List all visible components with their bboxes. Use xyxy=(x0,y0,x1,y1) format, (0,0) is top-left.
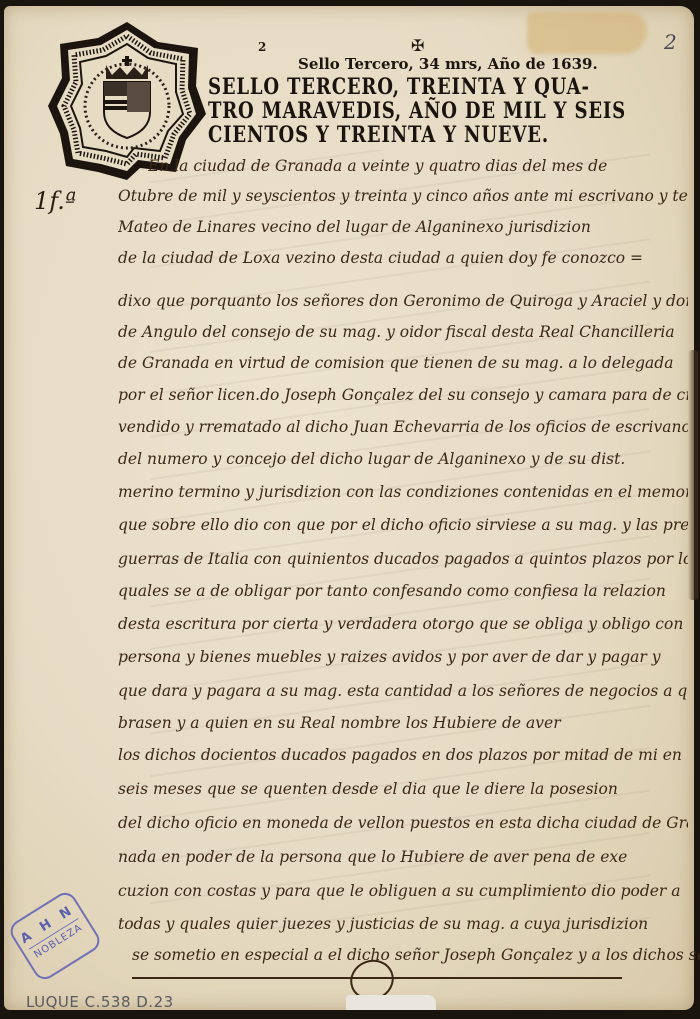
body-line: del dicho oficio en moneda de vellon pue… xyxy=(118,814,688,832)
body-line: brasen y a quien en su Real nombre los H… xyxy=(118,714,688,732)
body-line: seis meses que se quenten desde el dia q… xyxy=(118,780,688,798)
paper-tear xyxy=(346,995,436,1010)
folio-number: 2 xyxy=(664,30,677,54)
body-line: los dichos docientos ducados pagados en … xyxy=(118,746,688,764)
stamp-title: Sello Tercero, 34 mrs, Año de 1639. xyxy=(298,55,598,73)
body-line: desta escritura por cierta y verdadera o… xyxy=(118,615,688,633)
body-line: se sometio en especial a el dicho señor … xyxy=(132,946,700,964)
body-line: del numero y concejo del dicho lugar de … xyxy=(118,450,688,468)
body-line: Mateo de Linares vecino del lugar de Alg… xyxy=(118,218,688,236)
body-line: que sobre ello dio con que por el dicho … xyxy=(118,516,688,534)
body-line: de Angulo del consejo de su mag. y oidor… xyxy=(118,323,688,341)
body-line: dixo que porquanto los señores don Geron… xyxy=(118,292,688,310)
body-line: En la ciudad de Granada a veinte y quatr… xyxy=(148,157,700,175)
body-line: vendido y rrematado al dicho Juan Echeva… xyxy=(118,418,688,436)
body-line: que dara y pagara a su mag. esta cantida… xyxy=(118,682,688,700)
margin-note: 1f.ª xyxy=(34,187,76,215)
body-line: nada en poder de la persona que lo Hubie… xyxy=(118,848,688,866)
water-stain xyxy=(527,12,647,54)
body-line: quales se a de obligar por tanto confesa… xyxy=(118,582,688,600)
stamp-gothic-line-3: CIENTOS Y TREINTA Y NUEVE. xyxy=(208,123,593,147)
body-line: cuzion con costas y para que le obliguen… xyxy=(118,882,688,900)
shelfmark: LUQUE C.538 D.23 xyxy=(26,993,174,1011)
stamp-gothic-line-1: SELLO TERCERO, TREINTA Y QUA- xyxy=(208,75,593,99)
body-line: de la ciudad de Loxa vezino desta ciudad… xyxy=(118,249,688,267)
signature-mark: 2 xyxy=(258,40,266,54)
body-line: persona y bienes muebles y raizes avidos… xyxy=(118,648,688,666)
damaged-edge xyxy=(688,350,698,600)
body-line: guerras de Italia con quinientos ducados… xyxy=(118,550,688,568)
cross-icon: ✠ xyxy=(411,36,424,55)
stamp-gothic-line-2: TRO MARAVEDIS, AÑO DE MIL Y SEIS xyxy=(208,99,593,123)
body-line: de Granada en virtud de comision que tie… xyxy=(118,354,688,372)
body-line: merino termino y jurisdizion con las con… xyxy=(118,483,688,501)
body-line: Otubre de mil y seyscientos y treinta y … xyxy=(118,187,688,205)
body-line: por el señor licen.do Joseph Gonçalez de… xyxy=(118,386,688,404)
body-line: todas y quales quier juezes y justicias … xyxy=(118,915,688,933)
